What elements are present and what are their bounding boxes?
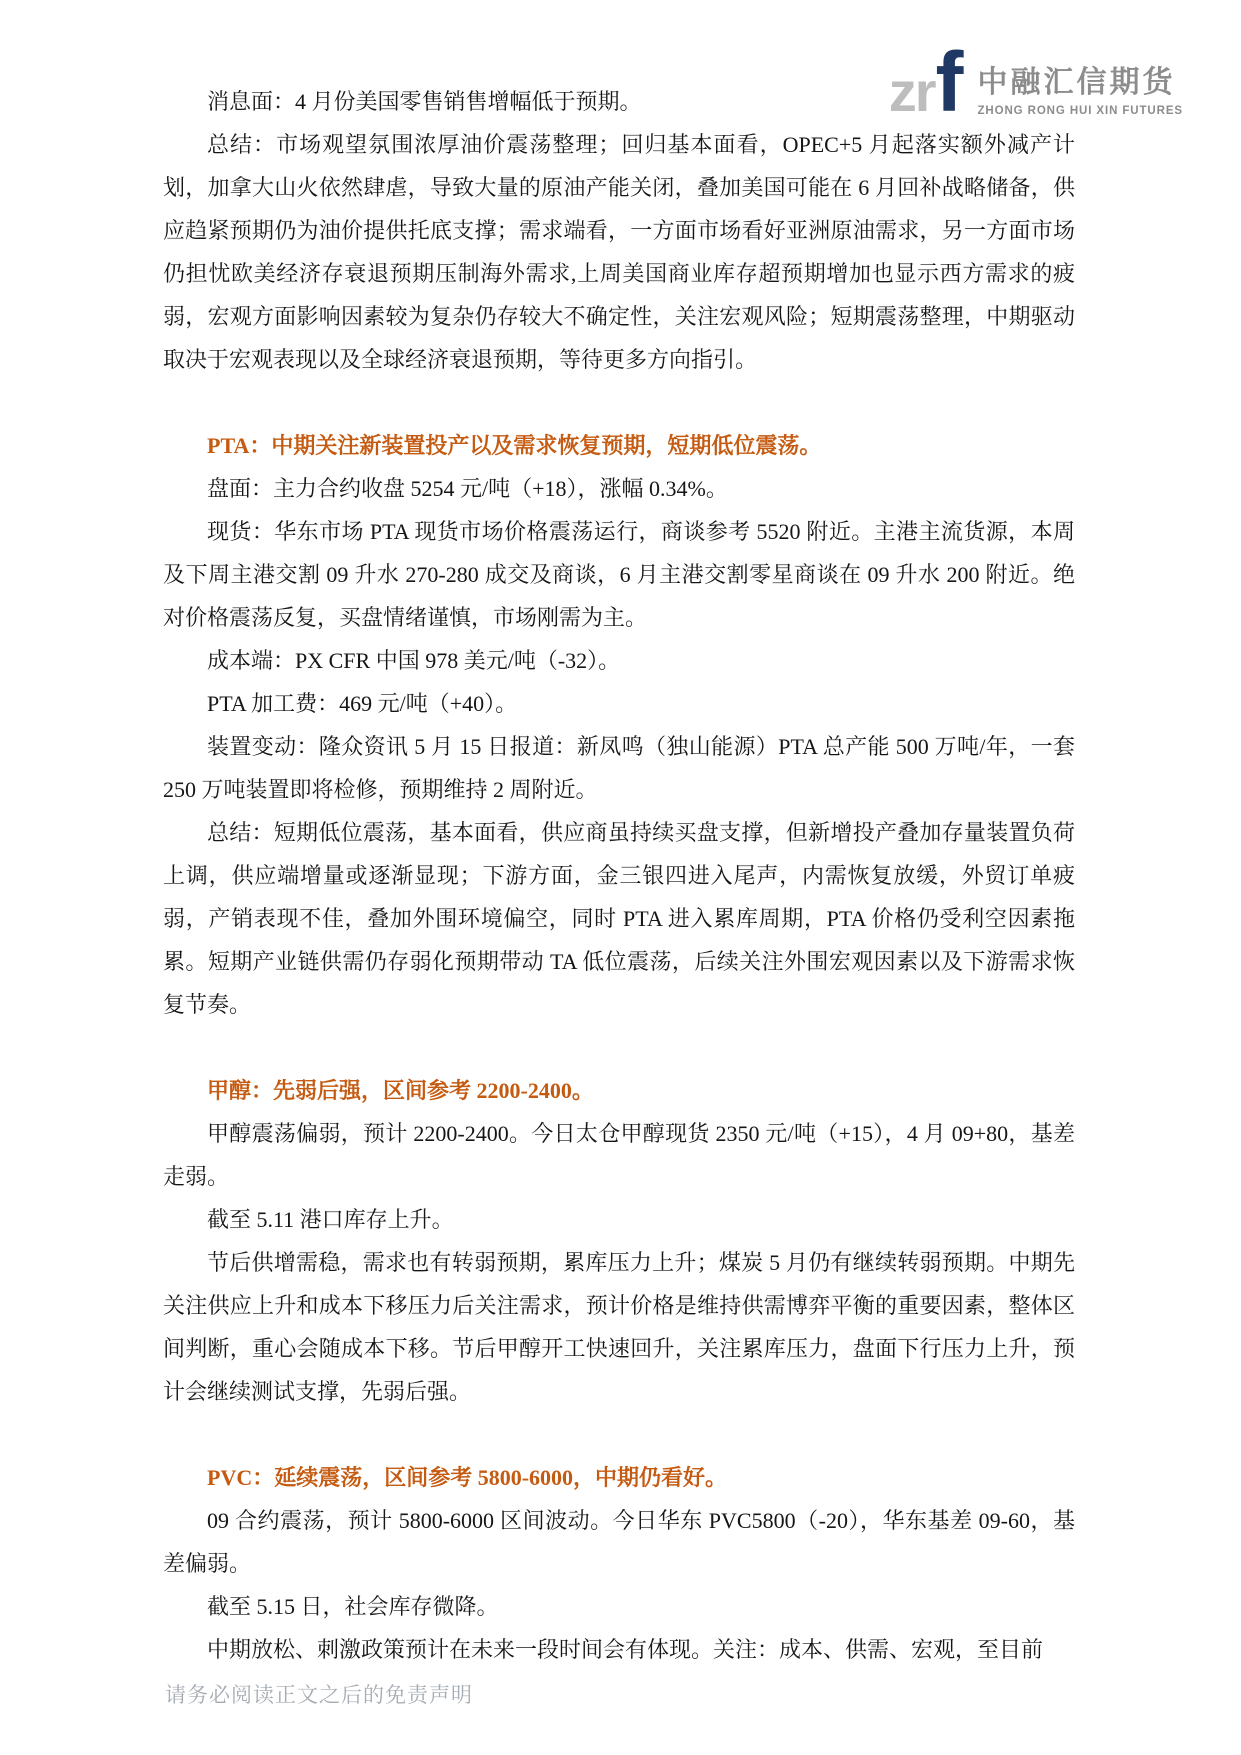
paragraph: 总结：市场观望氛围浓厚油价震荡整理；回归基本面看，OPEC+5 月起落实额外减产… [163, 123, 1075, 381]
paragraph: 消息面：4 月份美国零售销售增幅低于预期。 [163, 80, 1075, 123]
section-heading: PTA：中期关注新装置投产以及需求恢复预期，短期低位震荡。 [163, 424, 1075, 467]
paragraph: 装置变动：隆众资讯 5 月 15 日报道：新凤鸣（独山能源）PTA 总产能 50… [163, 725, 1075, 811]
report-body: 消息面：4 月份美国零售销售增幅低于预期。总结：市场观望氛围浓厚油价震荡整理；回… [163, 80, 1075, 1671]
paragraph: 现货：华东市场 PTA 现货市场价格震荡运行，商谈参考 5520 附近。主港主流… [163, 510, 1075, 639]
paragraph: 节后供增需稳，需求也有转弱预期，累库压力上升；煤炭 5 月仍有继续转弱预期。中期… [163, 1241, 1075, 1413]
disclaimer-footer: 请务必阅读正文之后的免责声明 [165, 1680, 473, 1710]
paragraph: 总结：短期低位震荡，基本面看，供应商虽持续买盘支撑，但新增投产叠加存量装置负荷上… [163, 811, 1075, 1026]
paragraph: PTA 加工费：469 元/吨（+40）。 [163, 682, 1075, 725]
paragraph: 09 合约震荡，预计 5800-6000 区间波动。今日华东 PVC5800（-… [163, 1499, 1075, 1585]
section-heading: 甲醇：先弱后强，区间参考 2200-2400。 [163, 1069, 1075, 1112]
paragraph: 截至 5.15 日，社会库存微降。 [163, 1585, 1075, 1628]
paragraph: 甲醇震荡偏弱，预计 2200-2400。今日太仓甲醇现货 2350 元/吨（+1… [163, 1112, 1075, 1198]
document-page: zrf 中融汇信期货 ZHONG RONG HUI XIN FUTURES 消息… [0, 0, 1241, 1755]
paragraph: 截至 5.11 港口库存上升。 [163, 1198, 1075, 1241]
disclaimer-text: 请务必阅读正文之后的免责声明 [165, 1683, 473, 1707]
paragraph: 盘面：主力合约收盘 5254 元/吨（+18），涨幅 0.34%。 [163, 467, 1075, 510]
section-heading: PVC：延续震荡，区间参考 5800-6000，中期仍看好。 [163, 1456, 1075, 1499]
paragraph: 中期放松、刺激政策预计在未来一段时间会有体现。关注：成本、供需、宏观，至目前 [163, 1628, 1075, 1671]
paragraph: 成本端：PX CFR 中国 978 美元/吨（-32）。 [163, 639, 1075, 682]
